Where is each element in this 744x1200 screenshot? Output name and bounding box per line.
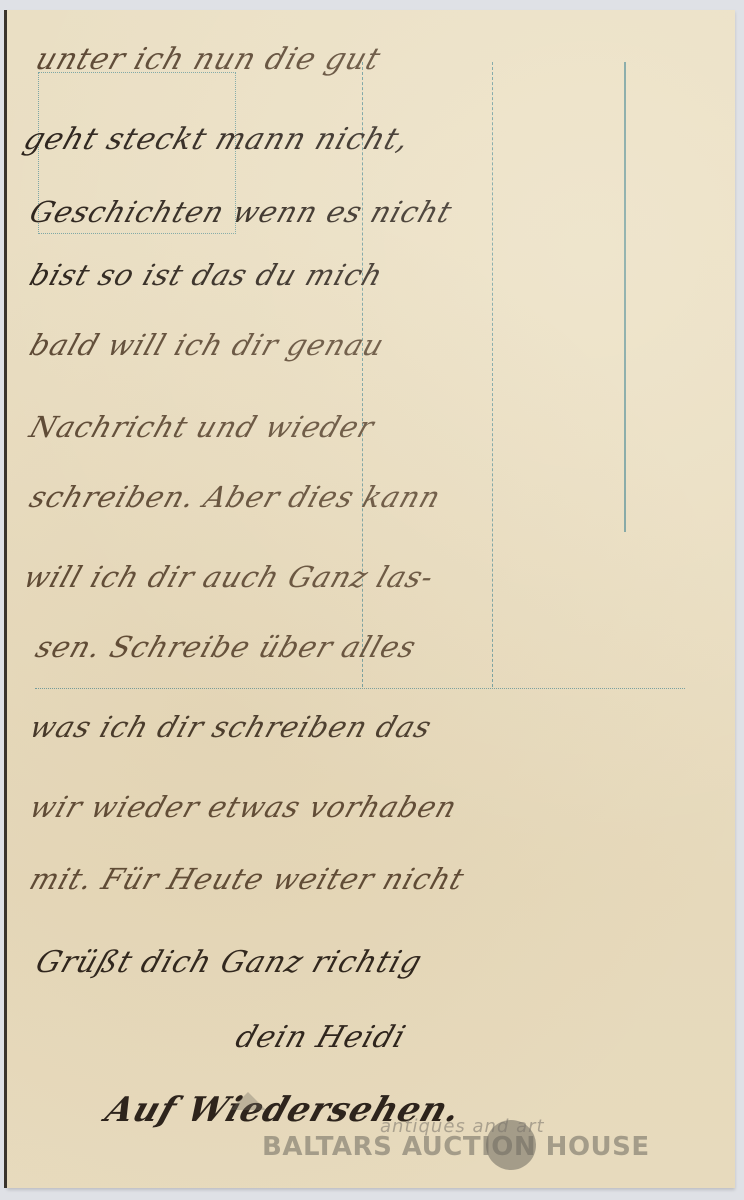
letter-line: bald will ich dir genau — [25, 328, 389, 362]
letter-line: Geschichten wenn es nicht — [25, 195, 456, 229]
signature-name: dein Heidi — [231, 1020, 410, 1055]
letter-line: mit. Für Heute weiter nicht — [25, 862, 469, 896]
postcard-back: unter ich nun die gut geht steckt mann n… — [7, 10, 735, 1188]
stamp-placeholder-box — [38, 72, 236, 234]
letter-line: will ich dir auch Ganz las- — [19, 560, 438, 594]
letter-line: Nachricht und wieder — [25, 410, 379, 444]
letter-line: wir wieder etwas vorhaben — [25, 790, 461, 824]
address-baseline — [35, 688, 685, 689]
closing-greeting: Grüßt dich Ganz richtig — [31, 945, 427, 980]
watermark-crown-icon — [230, 1092, 266, 1110]
letter-line: sen. Schreibe über alles — [31, 630, 421, 664]
watermark-title: BALTARS AUCTION HOUSE — [262, 1132, 650, 1162]
letter-line: was ich dir schreiben das — [25, 710, 436, 744]
letter-line: schreiben. Aber dies kann — [25, 480, 445, 514]
letter-line: bist so ist das du mich — [25, 258, 387, 292]
address-divider-line-3 — [624, 62, 626, 532]
letter-line: unter ich nun die gut — [31, 42, 385, 77]
address-divider-line-1 — [362, 62, 363, 687]
address-divider-line-2 — [492, 62, 493, 687]
letter-line: geht steckt mann nicht, — [19, 122, 414, 157]
